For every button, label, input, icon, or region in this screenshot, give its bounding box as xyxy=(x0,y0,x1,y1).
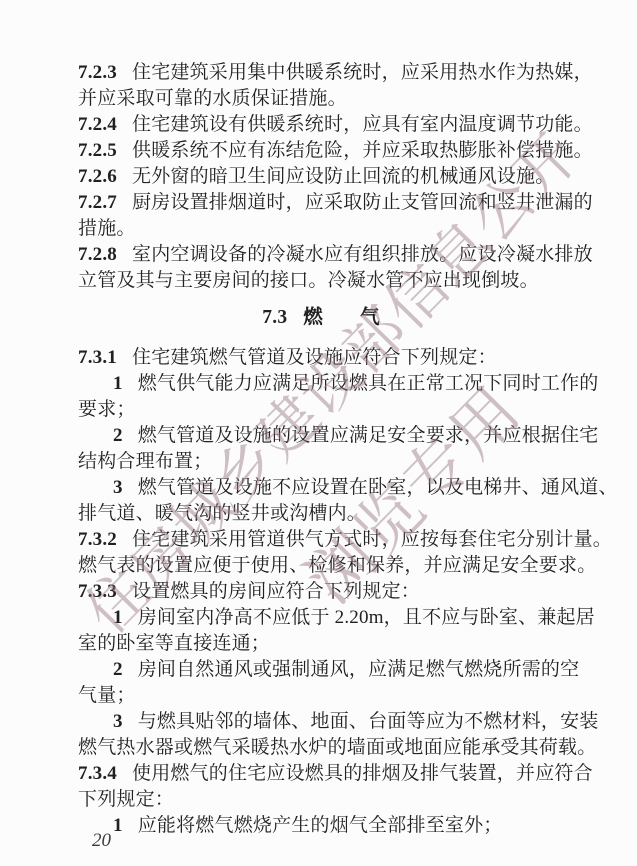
item-line: 3与燃具贴邻的墙体、地面、台面等应为不燃材料，安装 xyxy=(78,709,564,735)
clause-line: 7.2.5供暖系统不应有冻结危险，并应采取热膨胀补偿措施。 xyxy=(78,138,564,164)
item-number: 2 xyxy=(113,659,123,680)
line-text: 措施。 xyxy=(78,218,136,239)
clause-number: 7.2.5 xyxy=(78,140,117,161)
continuation-line: 结构合理布置； xyxy=(78,449,564,475)
line-text: 住宅建筑燃气管道及设施应符合下列规定： xyxy=(132,347,497,368)
line-text: 立管及其与主要房间的接口。冷凝水管不应出现倒坡。 xyxy=(78,270,539,291)
line-text: 燃气供气能力应满足所设燃具在正常工况下同时工作的 xyxy=(138,373,599,394)
continuation-line: 要求； xyxy=(78,397,564,423)
item-line: 2房间自然通风或强制通风，应满足燃气燃烧所需的空 xyxy=(78,657,564,683)
clause-number: 7.2.3 xyxy=(78,62,117,83)
line-text: 使用燃气的住宅应设燃具的排烟及排气装置，并应符合 xyxy=(132,763,593,784)
item-number: 3 xyxy=(113,711,123,732)
line-text: 燃气管道及设施不应设置在卧室，以及电梯井、通风道、 xyxy=(138,477,618,498)
clause-number: 7.3.4 xyxy=(78,763,117,784)
item-line: 3燃气管道及设施不应设置在卧室，以及电梯井、通风道、 xyxy=(78,475,564,501)
line-text: 下列规定： xyxy=(78,789,174,810)
item-line: 2燃气管道及设施的设置应满足安全要求，并应根据住宅 xyxy=(78,423,564,449)
clause-line: 7.2.8室内空调设备的冷凝水应有组织排放。应设冷凝水排放 xyxy=(78,242,564,268)
item-number: 2 xyxy=(113,425,123,446)
line-text: 住宅建筑采用集中供暖系统时，应采用热水作为热媒， xyxy=(132,62,593,83)
clause-number: 7.3.2 xyxy=(78,529,117,550)
continuation-line: 室的卧室等直接连通； xyxy=(78,631,564,657)
document-body: 7.2.3住宅建筑采用集中供暖系统时，应采用热水作为热媒，并应采取可靠的水质保证… xyxy=(78,60,564,839)
clause-line: 7.3.4使用燃气的住宅应设燃具的排烟及排气装置，并应符合 xyxy=(78,761,564,787)
clause-number: 7.2.4 xyxy=(78,114,117,135)
clause-line: 7.2.3住宅建筑采用集中供暖系统时，应采用热水作为热媒， xyxy=(78,60,564,86)
line-text: 要求； xyxy=(78,399,136,420)
continuation-line: 立管及其与主要房间的接口。冷凝水管不应出现倒坡。 xyxy=(78,268,564,294)
line-text: 供暖系统不应有冻结危险，并应采取热膨胀补偿措施。 xyxy=(132,140,593,161)
continuation-line: 燃气表的设置应便于使用、检修和保养，并应满足安全要求。 xyxy=(78,553,564,579)
item-number: 1 xyxy=(113,373,123,394)
line-text: 室的卧室等直接连通； xyxy=(78,633,270,654)
item-number: 1 xyxy=(113,607,123,628)
clause-line: 7.2.6无外窗的暗卫生间应设防止回流的机械通风设施。 xyxy=(78,164,564,190)
line-text: 住宅建筑采用管道供气方式时，应按每套住宅分别计量。 xyxy=(132,529,612,550)
section-heading: 7.3燃气 xyxy=(78,305,564,331)
clause-line: 7.3.1住宅建筑燃气管道及设施应符合下列规定： xyxy=(78,345,564,371)
line-text: 应能将燃气燃烧产生的烟气全部排至室外； xyxy=(138,815,503,836)
page-number: 20 xyxy=(92,830,111,852)
continuation-line: 下列规定： xyxy=(78,787,564,813)
line-text: 住宅建筑设有供暖系统时，应具有室内温度调节功能。 xyxy=(132,114,593,135)
clause-number: 7.3.1 xyxy=(78,347,117,368)
clause-number: 7.2.8 xyxy=(78,244,117,265)
line-text: 气量； xyxy=(78,685,136,706)
continuation-line: 燃气热水器或燃气采暖热水炉的墙面或地面应能承受其荷载。 xyxy=(78,735,564,761)
item-number: 1 xyxy=(113,815,123,836)
item-number: 3 xyxy=(113,477,123,498)
line-text: 无外窗的暗卫生间应设防止回流的机械通风设施。 xyxy=(132,166,554,187)
section-title-char: 燃 xyxy=(303,307,323,328)
item-line: 1房间室内净高不应低于 2.20m，且不应与卧室、兼起居 xyxy=(78,605,564,631)
clause-number: 7.3.3 xyxy=(78,581,117,602)
clause-line: 7.2.4住宅建筑设有供暖系统时，应具有室内温度调节功能。 xyxy=(78,112,564,138)
line-text: 厨房设置排烟道时，应采取防止支管回流和竖井泄漏的 xyxy=(132,192,593,213)
continuation-line: 气量； xyxy=(78,683,564,709)
line-text: 排气道、暖气沟的竖井或沟槽内。 xyxy=(78,503,366,524)
item-line: 1应能将燃气燃烧产生的烟气全部排至室外； xyxy=(78,813,564,839)
item-line: 1燃气供气能力应满足所设燃具在正常工况下同时工作的 xyxy=(78,371,564,397)
clause-line: 7.3.3设置燃具的房间应符合下列规定： xyxy=(78,579,564,605)
clause-line: 7.2.7厨房设置排烟道时，应采取防止支管回流和竖井泄漏的 xyxy=(78,190,564,216)
line-text: 设置燃具的房间应符合下列规定： xyxy=(132,581,420,602)
continuation-line: 措施。 xyxy=(78,216,564,242)
line-text: 燃气表的设置应便于使用、检修和保养，并应满足安全要求。 xyxy=(78,555,596,576)
line-text: 结构合理布置； xyxy=(78,451,212,472)
continuation-line: 排气道、暖气沟的竖井或沟槽内。 xyxy=(78,501,564,527)
section-number: 7.3 xyxy=(262,307,287,328)
clause-line: 7.3.2住宅建筑采用管道供气方式时，应按每套住宅分别计量。 xyxy=(78,527,564,553)
continuation-line: 并应采取可靠的水质保证措施。 xyxy=(78,86,564,112)
document-page: 住房城乡建设部信息公开 浏览专用 7.2.3住宅建筑采用集中供暖系统时，应采用热… xyxy=(0,0,637,866)
line-text: 房间室内净高不应低于 2.20m，且不应与卧室、兼起居 xyxy=(138,607,595,628)
line-text: 并应采取可靠的水质保证措施。 xyxy=(78,88,347,109)
clause-number: 7.2.6 xyxy=(78,166,117,187)
line-text: 燃气热水器或燃气采暖热水炉的墙面或地面应能承受其荷载。 xyxy=(78,737,596,758)
line-text: 室内空调设备的冷凝水应有组织排放。应设冷凝水排放 xyxy=(132,244,593,265)
line-text: 与燃具贴邻的墙体、地面、台面等应为不燃材料，安装 xyxy=(138,711,599,732)
section-title-char: 气 xyxy=(360,307,380,328)
line-text: 房间自然通风或强制通风，应满足燃气燃烧所需的空 xyxy=(138,659,580,680)
clause-number: 7.2.7 xyxy=(78,192,117,213)
line-text: 燃气管道及设施的设置应满足安全要求，并应根据住宅 xyxy=(138,425,599,446)
